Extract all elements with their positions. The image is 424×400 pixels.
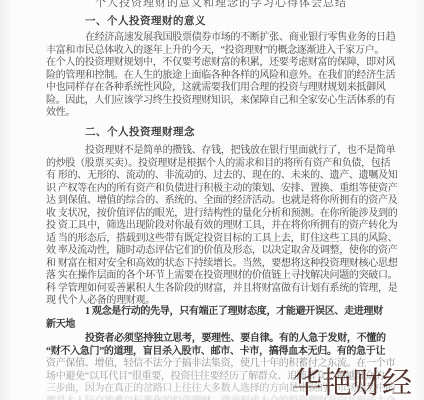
section-heading-meaning: 一、个人投资理财的意义 xyxy=(85,13,206,28)
text-line: 险的管理和控制。在人生的旅途上面临各种各样的风险和意外。在我们的经济生活 xyxy=(46,70,398,83)
section-heading-concept: 二、个人投资理财理念 xyxy=(85,124,195,139)
text-line: 达 到保值、增值的综合的、系统的、全面的经济活动。也就是将你所拥有的资产及 xyxy=(46,195,398,208)
text-line: 投资者必须坚持独立思考，要理性、要自律。有的人急于发财，不懂的 xyxy=(46,333,398,346)
clipped-document-title: 个人投资理财的意义和理念的学习心得体会总结 xyxy=(95,0,347,10)
text-line: 有 形的、无形的、流动的、非流动的、过去的、现在的、未来的、遗产、遗嘱及知 xyxy=(46,170,398,183)
text-line: 的炒股（股票买卖）。投资理财是根据个人的需求和目的将所有资产和负债，包括 xyxy=(46,158,398,171)
text-line: 识 产权等在内的所有资产和负债进行积极主动的策划、安排、置换、重组等使资产 xyxy=(46,183,398,196)
text-line: 和 财富在相对安全和高效的状态下持续增长。当然，要想将这种投资理财核心思想 xyxy=(46,258,398,271)
text-line: 投资理财不是简单的攒钱、存钱，把钱放在银行里面就行了，也不是简单 xyxy=(46,145,398,158)
text-line: 适 当的形态后，搭载到这些带有既定投资目标的工具上去，盯住这些工具的风险、 xyxy=(46,233,398,246)
text-line: “财不入急门”的道理，盲目杀入股市、邮市、卡市，搞得血本无归。有的急于让 xyxy=(46,346,398,359)
text-line: 中也同样存在各种系统性风险，这就需要我们用合理的投资与理财规划来抵御风 xyxy=(46,82,398,95)
paragraph-point1: 1 观念是行动的先导，只有端正了理财态度，才能避开误区、走进理财新天地 xyxy=(46,306,398,331)
document-page: 个人投资理财的意义和理念的学习心得体会总结 一、个人投资理财的意义 在经济高速发… xyxy=(0,0,424,400)
text-line: 1 观念是行动的先导，只有端正了理财态度，才能避开误区、走进理财 xyxy=(46,306,398,319)
text-line: 丰富和市民总体收入的逐年上升的今天，“投资理财”的概念逐渐进入千家万户。 xyxy=(46,45,398,58)
text-line: 效性。 xyxy=(46,107,398,120)
document-text-layer: 个人投资理财的意义和理念的学习心得体会总结 一、个人投资理财的意义 在经济高速发… xyxy=(0,0,424,400)
watermark-huayan-caijing: 华艳财经 xyxy=(292,368,412,400)
text-line: 科 学管理如何妥善累积人生各阶段的财富，并且将财富做有计划有系统的管理，是 xyxy=(46,283,398,296)
text-line: 在个人的投资理财规划中，不仅要考虑财富的积累，还要考虑财富的保障，即对风 xyxy=(46,57,398,70)
text-line: 收 支状况，按价值评估的眼光，进行结构性的量化分析和预测。在你所能涉及到的 xyxy=(46,208,398,221)
paragraph-section2: 投资理财不是简单的攒钱、存钱，把钱放在银行里面就行了，也不是简单的炒股（股票买卖… xyxy=(46,145,398,308)
text-line: 在经济高速发展我国股票债券市场的不断扩张、商业银行零售业务的日趋 xyxy=(46,32,398,45)
text-line: 落 实在操作层面的各个环节上需要在投资理财的价值链上寻找解决问题的突破口。 xyxy=(46,270,398,283)
text-line: 新天地 xyxy=(46,319,398,332)
paragraph-section1: 在经济高速发展我国股票债券市场的不断扩张、商业银行零售业务的日趋丰富和市民总体收… xyxy=(46,32,398,120)
text-line: 投 资工具中，筛选出现阶段对你最有效的理财工具，并在将你所拥有的资产转化为 xyxy=(46,220,398,233)
text-line: 效 率及流动性，随时动态评估它们的价值及形态，以决定取舍及调整，使你的资产 xyxy=(46,245,398,258)
text-line: 险。因此，人们应该学习终生投资理财知识，来保障自己和全家安心生活体系的有 xyxy=(46,95,398,108)
